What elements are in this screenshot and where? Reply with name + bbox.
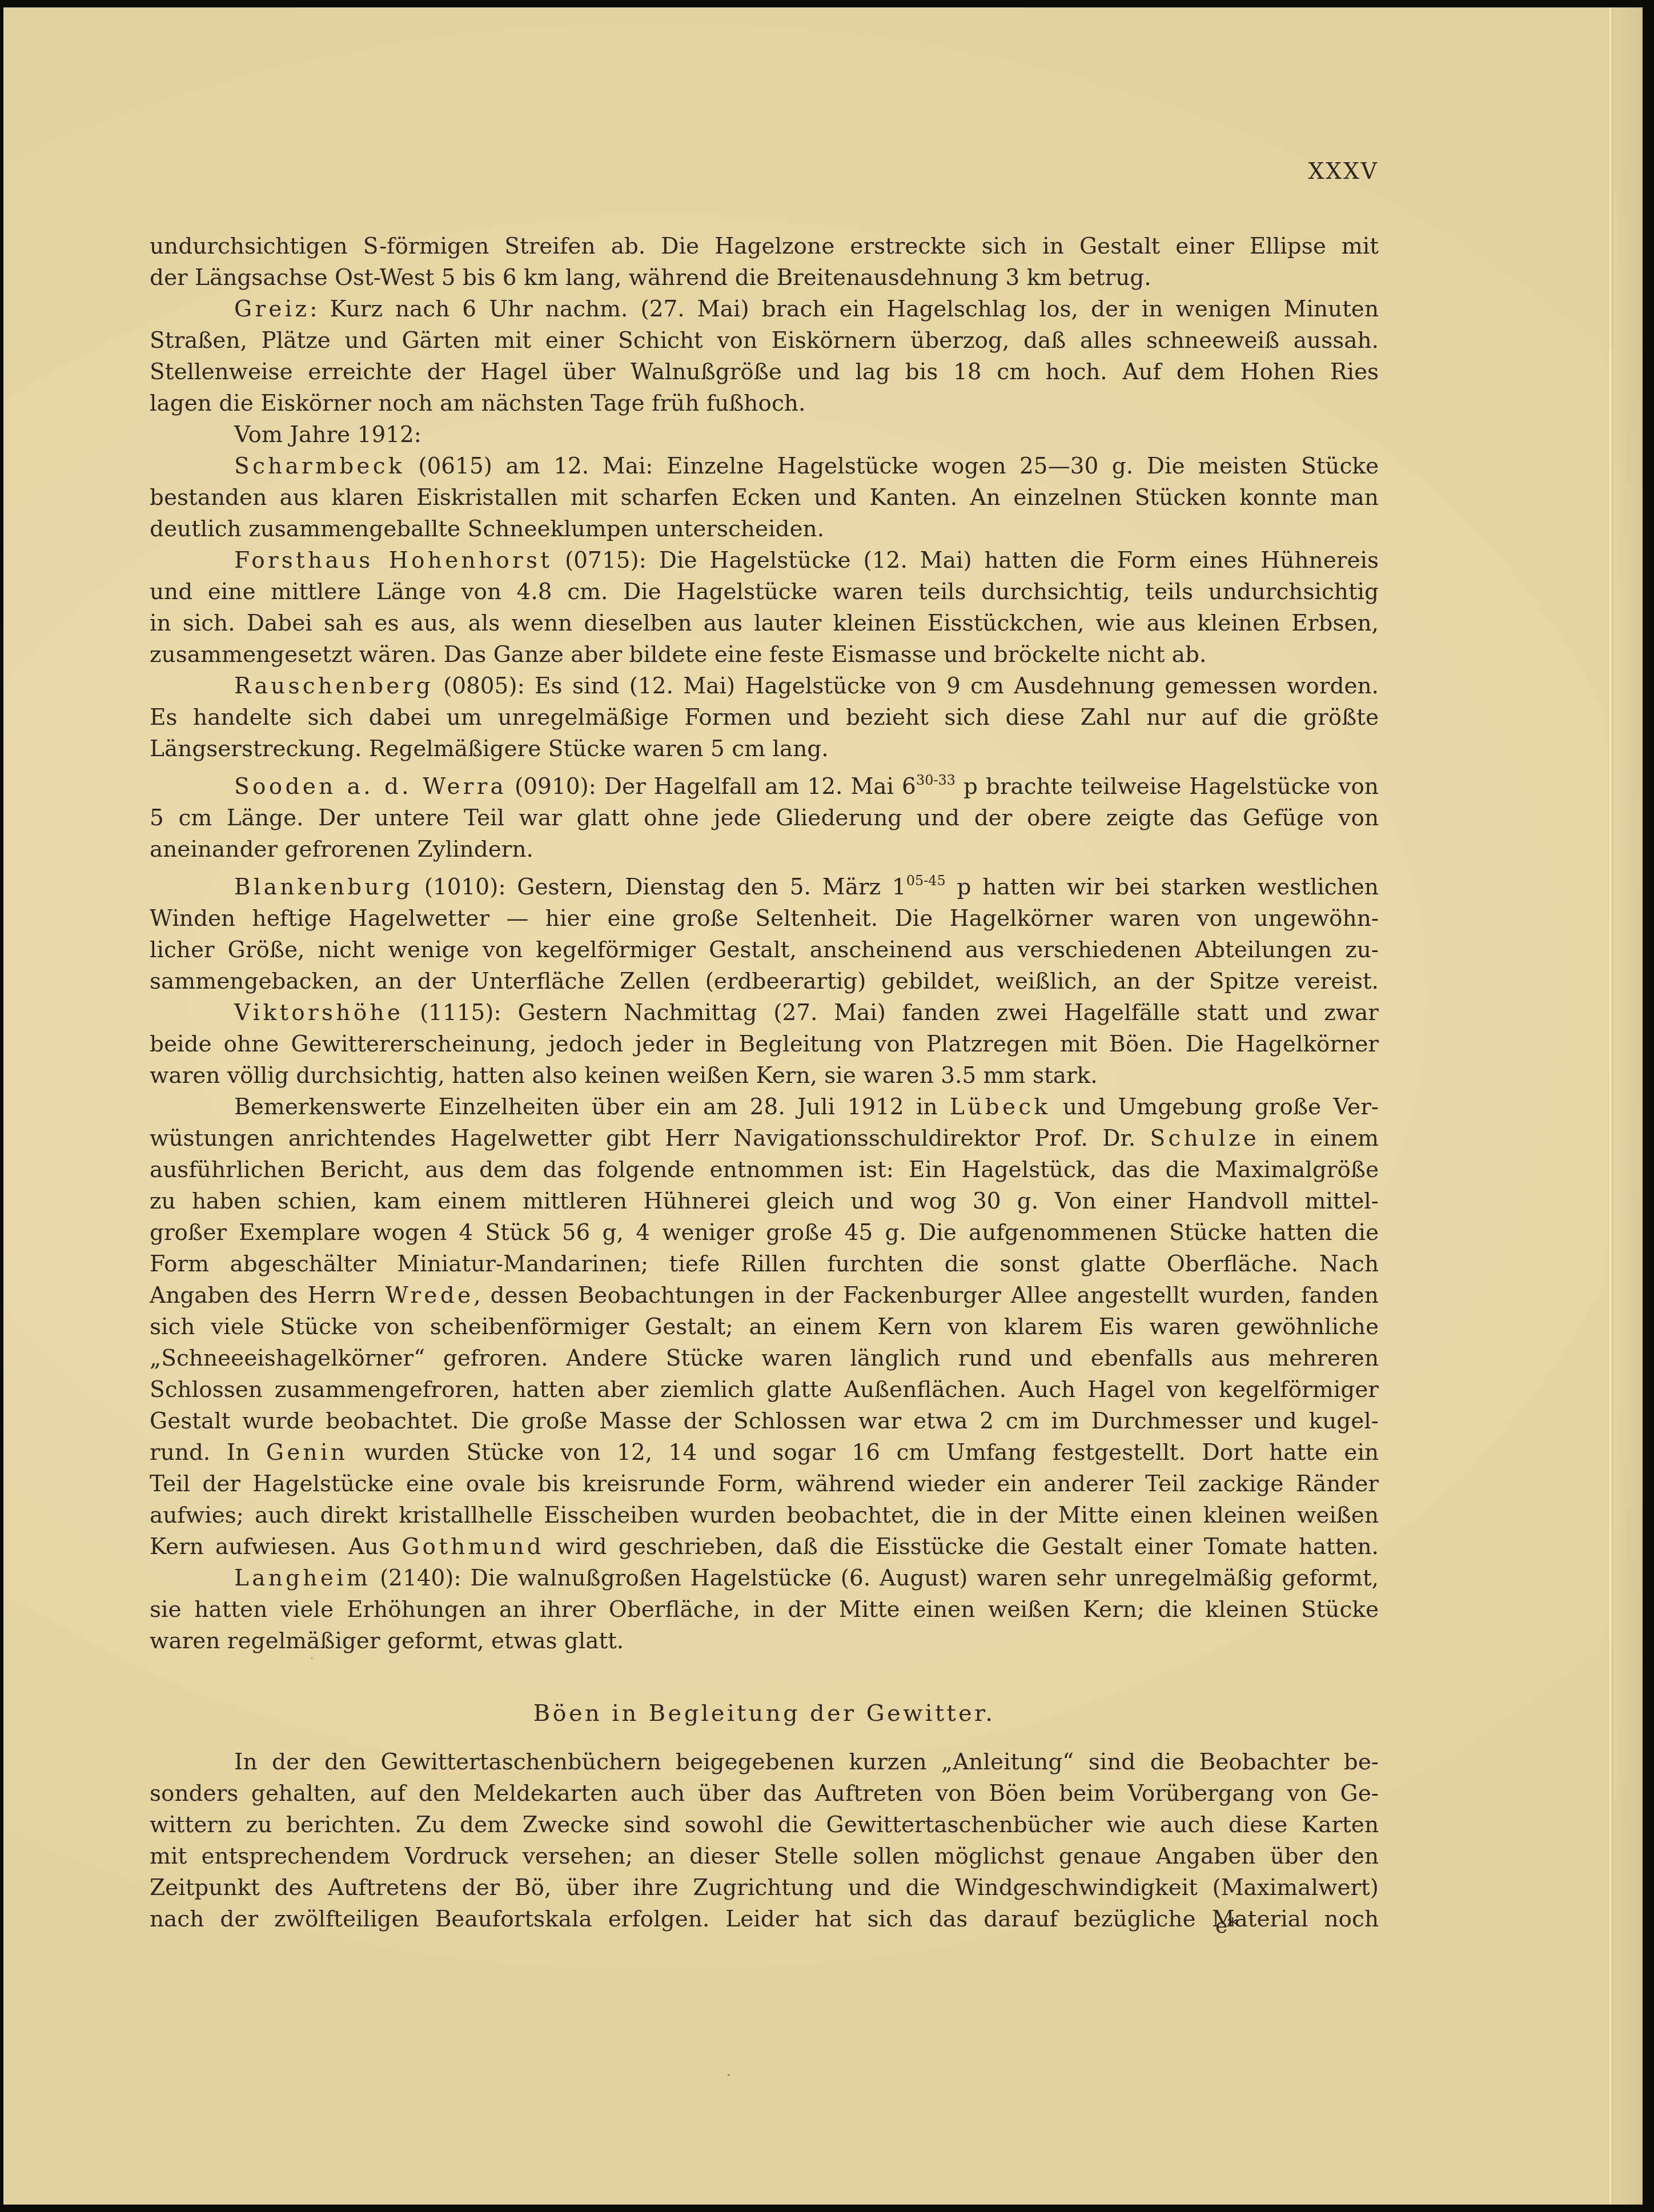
text-line: und eine mittlere Länge von 4.8 cm. Die … bbox=[150, 576, 1379, 608]
text-line: beide ohne Gewittererscheinung, jedoch j… bbox=[150, 1029, 1379, 1060]
text-line: rund. In Genin wurden Stücke von 12, 14 … bbox=[150, 1437, 1379, 1468]
text-segment: (1115): Gestern Nachmittag (27. Mai) fan… bbox=[403, 1000, 1379, 1026]
letterspaced-name: Sooden a. d. Werra bbox=[234, 774, 507, 800]
text-line: sammengebacken, an der Unterfläche Zelle… bbox=[150, 966, 1379, 997]
text-segment: in einem bbox=[1259, 1126, 1379, 1151]
text-line: wüstungen anrichtendes Hagelwetter gibt … bbox=[150, 1123, 1379, 1154]
text-line: 5 cm Länge. Der untere Teil war glatt oh… bbox=[150, 802, 1379, 834]
text-segment: 5 cm Länge. Der untere Teil war glatt oh… bbox=[150, 805, 1379, 831]
text-line: sich viele Stücke von scheibenförmiger G… bbox=[150, 1311, 1379, 1343]
letterspaced-name: Schulze bbox=[1150, 1126, 1259, 1151]
text-segment: aufwies; auch direkt kristallhelle Eissc… bbox=[150, 1503, 1379, 1528]
text-segment: Längserstreckung. Regelmäßigere Stücke w… bbox=[150, 736, 829, 762]
text-line: Blankenburg (1010): Gestern, Dienstag de… bbox=[150, 865, 1379, 903]
text-segment: Teil der Hagelstücke eine ovale bis krei… bbox=[150, 1471, 1379, 1497]
text-line: nach der zwölfteiligen Beaufortskala erf… bbox=[150, 1904, 1379, 1935]
text-segment: nach der zwölfteiligen Beaufortskala erf… bbox=[150, 1906, 1379, 1932]
text-segment: Vom Jahre 1912: bbox=[234, 422, 421, 448]
letterspaced-name: Viktorshöhe bbox=[234, 1000, 403, 1026]
text-segment: und eine mittlere Länge von 4.8 cm. Die … bbox=[150, 579, 1379, 605]
text-segment: sammengebacken, an der Unterfläche Zelle… bbox=[150, 969, 1379, 994]
text-segment: beide ohne Gewittererscheinung, jedoch j… bbox=[150, 1031, 1379, 1057]
letterspaced-name: Rauschenberg bbox=[234, 673, 433, 699]
text-segment: Zeitpunkt des Auftretens der Bö, über ih… bbox=[150, 1875, 1379, 1901]
text-segment: der Längsachse Ost-West 5 bis 6 km lang,… bbox=[150, 265, 1151, 291]
text-segment: Winden heftige Hagelwetter — hier eine g… bbox=[150, 906, 1379, 932]
text-line: Es handelte sich dabei um unregelmäßige … bbox=[150, 702, 1379, 733]
text-segment: waren völlig durchsichtig, hatten also k… bbox=[150, 1063, 1098, 1089]
text-segment: licher Größe, nicht wenige von kegelförm… bbox=[150, 937, 1379, 963]
text-segment: großer Exemplare wogen 4 Stück 56 g, 4 w… bbox=[150, 1220, 1379, 1246]
text-line: Vom Jahre 1912: bbox=[150, 419, 1379, 451]
text-line: ausführlichen Bericht, aus dem das folge… bbox=[150, 1154, 1379, 1186]
text-segment: p hatten wir bei starken westlichen bbox=[946, 874, 1379, 900]
text-segment: : Kurz nach 6 Uhr nachm. (27. Mai) brach… bbox=[310, 296, 1379, 322]
text-line: bestanden aus klaren Eiskristallen mit s… bbox=[150, 482, 1379, 513]
text-line: undurchsichtigen S-förmigen Streifen ab.… bbox=[150, 231, 1379, 262]
text-line: großer Exemplare wogen 4 Stück 56 g, 4 w… bbox=[150, 1217, 1379, 1248]
text-line: zu haben schien, kam einem mittleren Hüh… bbox=[150, 1186, 1379, 1217]
text-segment: „Schneeeishagelkörner“ gefroren. Andere … bbox=[150, 1346, 1379, 1371]
text-line: Gestalt wurde beobachtet. Die große Mass… bbox=[150, 1406, 1379, 1437]
text-segment: mit entsprechendem Vordruck versehen; an… bbox=[150, 1844, 1379, 1869]
letterspaced-name: Forsthaus Hohenhorst bbox=[234, 548, 552, 573]
text-line: zusammengesetzt wären. Das Ganze aber bi… bbox=[150, 639, 1379, 671]
text-segment: Angaben des Herrn bbox=[150, 1283, 386, 1308]
text-segment: wüstungen anrichtendes Hagelwetter gibt … bbox=[150, 1126, 1150, 1151]
text-line: Kern aufwiesen. Aus Gothmund wird geschr… bbox=[150, 1531, 1379, 1563]
text-line: Langheim (2140): Die walnußgroßen Hagels… bbox=[150, 1563, 1379, 1594]
text-segment: rund. In bbox=[150, 1440, 266, 1466]
text-segment: Stellenweise erreichte der Hagel über Wa… bbox=[150, 359, 1379, 385]
text-segment: in sich. Dabei sah es aus, als wenn dies… bbox=[150, 611, 1379, 636]
text-line: Angaben des Herrn Wrede, dessen Beobacht… bbox=[150, 1280, 1379, 1311]
text-line: der Längsachse Ost-West 5 bis 6 km lang,… bbox=[150, 262, 1379, 294]
text-line: Greiz: Kurz nach 6 Uhr nachm. (27. Mai) … bbox=[150, 294, 1379, 325]
text-line: Viktorshöhe (1115): Gestern Nachmittag (… bbox=[150, 997, 1379, 1029]
text-line: sonders gehalten, auf den Meldekarten au… bbox=[150, 1778, 1379, 1809]
text-line: Längserstreckung. Regelmäßigere Stücke w… bbox=[150, 733, 1379, 765]
text-segment: Bemerkenswerte Einzelheiten über ein am … bbox=[234, 1094, 950, 1120]
text-segment: ausführlichen Bericht, aus dem das folge… bbox=[150, 1157, 1379, 1183]
letterspaced-name: Blankenburg bbox=[234, 874, 413, 900]
text-line: wittern zu berichten. Zu dem Zwecke sind… bbox=[150, 1809, 1379, 1841]
text-segment: aneinander gefrorenen Zylindern. bbox=[150, 837, 533, 862]
text-line: „Schneeeishagelkörner“ gefroren. Andere … bbox=[150, 1343, 1379, 1374]
text-segment: sonders gehalten, auf den Meldekarten au… bbox=[150, 1781, 1379, 1806]
text-line: Rauschenberg (0805): Es sind (12. Mai) H… bbox=[150, 671, 1379, 702]
text-line: Form abgeschälter Miniatur-Mandarinen; t… bbox=[150, 1248, 1379, 1280]
text-line: Straßen, Plätze und Gärten mit einer Sch… bbox=[150, 325, 1379, 356]
text-segment: Form abgeschälter Miniatur-Mandarinen; t… bbox=[150, 1251, 1379, 1277]
text-segment: undurchsichtigen S-förmigen Streifen ab.… bbox=[150, 234, 1379, 259]
text-line: Teil der Hagelstücke eine ovale bis krei… bbox=[150, 1468, 1379, 1500]
text-segment: Kern aufwiesen. Aus bbox=[150, 1534, 402, 1560]
text-line: Scharmbeck (0615) am 12. Mai: Einzelne H… bbox=[150, 451, 1379, 482]
text-segment: sie hatten viele Erhöhungen an ihrer Obe… bbox=[150, 1597, 1379, 1623]
text-segment: p brachte teilweise Hagelstücke von bbox=[956, 774, 1379, 800]
text-segment: (0910): Der Hagelfall am 12. Mai 6 bbox=[507, 774, 916, 800]
text-block: undurchsichtigen S-förmigen Streifen ab.… bbox=[150, 231, 1379, 1935]
text-segment: und Umgebung große Ver- bbox=[1050, 1094, 1379, 1120]
text-segment: deutlich zusammengeballte Schneeklumpen … bbox=[150, 516, 824, 542]
text-line: mit entsprechendem Vordruck versehen; an… bbox=[150, 1841, 1379, 1872]
text-segment: Es handelte sich dabei um unregelmäßige … bbox=[150, 705, 1379, 730]
text-segment: sich viele Stücke von scheibenförmiger G… bbox=[150, 1314, 1379, 1340]
superscript-time: 30-33 bbox=[916, 772, 956, 788]
letterspaced-name: Greiz bbox=[234, 296, 310, 322]
text-segment: (2140): Die walnußgroßen Hagelstücke (6.… bbox=[371, 1565, 1379, 1591]
page-crease bbox=[1609, 7, 1611, 2205]
text-line: sie hatten viele Erhöhungen an ihrer Obe… bbox=[150, 1594, 1379, 1625]
text-line: aufwies; auch direkt kristallhelle Eissc… bbox=[150, 1500, 1379, 1531]
letterspaced-name: Scharmbeck bbox=[234, 453, 405, 479]
text-line: waren regelmäßiger geformt, etwas glatt. bbox=[150, 1625, 1379, 1657]
letterspaced-name: Lübeck bbox=[950, 1094, 1050, 1120]
letterspaced-name: Wrede bbox=[386, 1283, 473, 1308]
text-line: lagen die Eiskörner noch am nächsten Tag… bbox=[150, 388, 1379, 419]
text-segment: wurden Stücke von 12, 14 und sogar 16 cm… bbox=[348, 1440, 1379, 1466]
superscript-time: 05-45 bbox=[906, 873, 946, 889]
page-number: XXXV bbox=[150, 159, 1379, 184]
text-line: Zeitpunkt des Auftretens der Bö, über ih… bbox=[150, 1872, 1379, 1904]
text-line: Forsthaus Hohenhorst (0715): Die Hagelst… bbox=[150, 545, 1379, 576]
text-line: Stellenweise erreichte der Hagel über Wa… bbox=[150, 356, 1379, 388]
text-segment: (0805): Es sind (12. Mai) Hagelstücke vo… bbox=[433, 673, 1379, 699]
text-line: in sich. Dabei sah es aus, als wenn dies… bbox=[150, 608, 1379, 639]
text-segment: bestanden aus klaren Eiskristallen mit s… bbox=[150, 485, 1379, 511]
text-segment: (1010): Gestern, Dienstag den 5. März 1 bbox=[413, 874, 906, 900]
text-segment: zu haben schien, kam einem mittleren Hüh… bbox=[150, 1189, 1379, 1214]
text-segment: wittern zu berichten. Zu dem Zwecke sind… bbox=[150, 1812, 1379, 1838]
text-segment: In der den Gewittertaschenbüchern beigeg… bbox=[234, 1749, 1379, 1775]
text-line: aneinander gefrorenen Zylindern. bbox=[150, 834, 1379, 865]
text-line: Sooden a. d. Werra (0910): Der Hagelfall… bbox=[150, 765, 1379, 802]
text-segment: (0615) am 12. Mai: Einzelne Hagelstücke … bbox=[405, 453, 1379, 479]
text-segment: Gestalt wurde beobachtet. Die große Mass… bbox=[150, 1408, 1379, 1434]
text-line: licher Größe, nicht wenige von kegelförm… bbox=[150, 934, 1379, 966]
text-segment: waren regelmäßiger geformt, etwas glatt. bbox=[150, 1628, 624, 1654]
text-segment: (0715): Die Hagelstücke (12. Mai) hatten… bbox=[552, 548, 1379, 573]
letterspaced-name: Gothmund bbox=[402, 1534, 544, 1560]
text-line: In der den Gewittertaschenbüchern beigeg… bbox=[150, 1747, 1379, 1778]
text-line: Bemerkenswerte Einzelheiten über ein am … bbox=[150, 1091, 1379, 1123]
section-heading: Böen in Begleitung der Gewitter. bbox=[150, 1698, 1379, 1729]
letterspaced-name: Langheim bbox=[234, 1565, 371, 1591]
text-line: Schlossen zusammengefroren, hatten aber … bbox=[150, 1374, 1379, 1406]
text-line: waren völlig durchsichtig, hatten also k… bbox=[150, 1060, 1379, 1091]
text-segment: lagen die Eiskörner noch am nächsten Tag… bbox=[150, 391, 805, 416]
text-segment: zusammengesetzt wären. Das Ganze aber bi… bbox=[150, 642, 1206, 668]
letterspaced-name: Genin bbox=[266, 1440, 348, 1466]
text-line: deutlich zusammengeballte Schneeklumpen … bbox=[150, 513, 1379, 545]
text-line: Winden heftige Hagelwetter — hier eine g… bbox=[150, 903, 1379, 934]
text-segment: Straßen, Plätze und Gärten mit einer Sch… bbox=[150, 328, 1379, 354]
text-segment: , dessen Beobachtungen in der Fackenburg… bbox=[473, 1283, 1379, 1308]
printers-signature-mark: e* bbox=[1215, 1914, 1238, 1938]
text-segment: Schlossen zusammengefroren, hatten aber … bbox=[150, 1377, 1379, 1403]
text-segment: wird geschrieben, daß die Eisstücke die … bbox=[544, 1534, 1379, 1560]
